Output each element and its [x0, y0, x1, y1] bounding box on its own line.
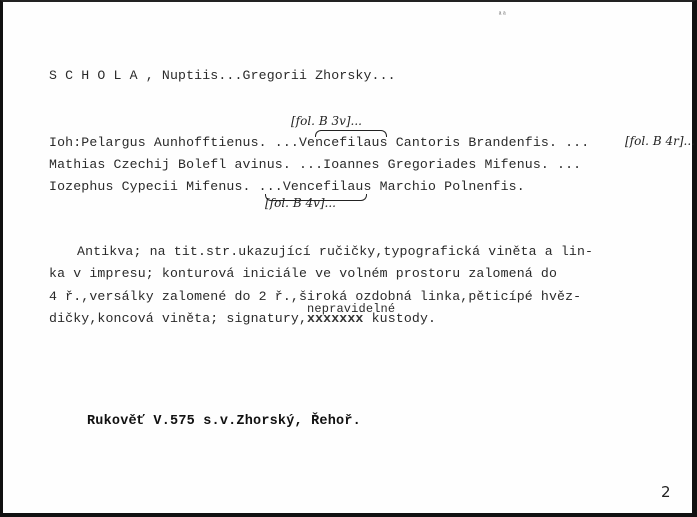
correction: xxxxxxxnepravidelné — [307, 311, 363, 326]
annotation-fol-b4r: [fol. B 4r]... — [625, 134, 695, 148]
signature-line: Rukověť V.575 s.v.Zhorský, Řehoř. — [87, 414, 361, 429]
names-line-2: Mathias Czechij Bolefl avinus. ...Ioanne… — [49, 157, 581, 172]
annotation-fol-b4v: [fol. B 4v]... — [265, 196, 336, 210]
names-line-3: Iozephus Cypecii Mifenus. ...Vencefilaus… — [49, 179, 525, 194]
description-line-4-start: dičky,koncová viněta; signatury, — [49, 311, 307, 326]
description-line-1: Antikva; na tit.str.ukazující ručičky,ty… — [77, 244, 593, 259]
catalog-card: ᵃᵃ S C H O L A , Nuptiis...Gregorii Zhor… — [0, 0, 697, 517]
description-line-2: ka v impresu; konturová iniciále ve voln… — [49, 266, 557, 281]
title-line: S C H O L A , Nuptiis...Gregorii Zhorsky… — [49, 68, 396, 83]
page-number: 2 — [661, 483, 671, 501]
annotation-fol-b3v: [fol. B 3v]... — [291, 114, 362, 128]
inserted-word: nepravidelné — [307, 302, 395, 316]
names-line-1: Ioh:Pelargus Aunhofftienus. ...Vencefila… — [49, 135, 589, 150]
description-line-4: dičky,koncová viněta; signatury,xxxxxxxn… — [49, 311, 436, 326]
top-mark: ᵃᵃ — [498, 11, 506, 19]
